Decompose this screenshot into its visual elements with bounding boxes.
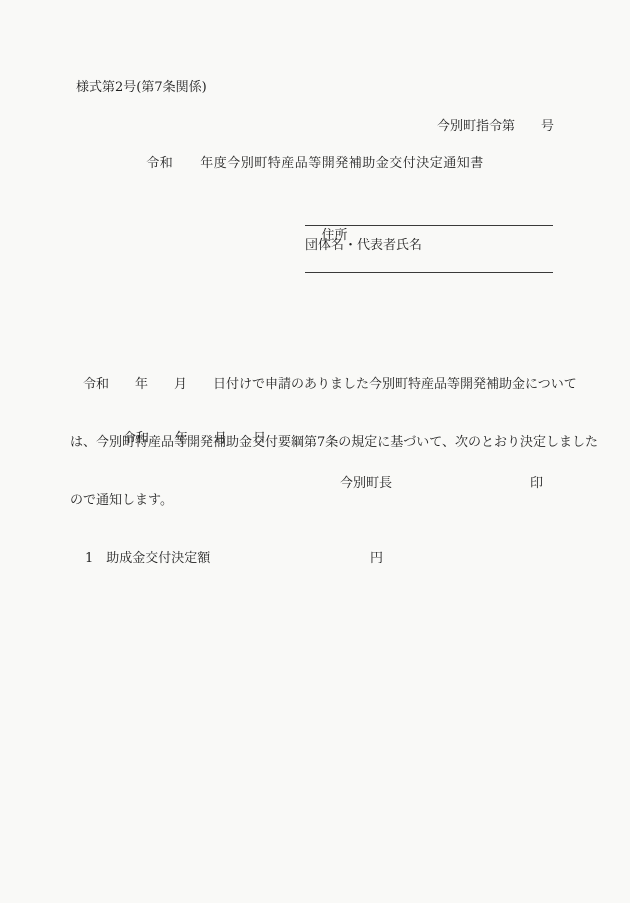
mayor-name-label: 今別町長 [340, 475, 392, 494]
grant-amount-item-label: 1 助成金交付決定額 [85, 550, 210, 569]
organization-fill-in-line [305, 272, 553, 273]
body-line-1: 令和 年 月 日付けで申請のありました今別町特産品等開発補助金について [70, 375, 570, 396]
issue-date-line: 令和 年 月 日 [123, 430, 266, 449]
directive-number-line: 今別町指令第 号 [437, 118, 554, 137]
grant-amount-unit-label: 円 [370, 550, 383, 569]
document-title: 令和 年度今別町特産品等開発補助金交付決定通知書 [0, 155, 630, 174]
address-field: 住所 [305, 208, 553, 226]
organization-label: 団体名・代表者氏名 [305, 237, 422, 256]
document-page: 様式第2号(第7条関係) 今別町指令第 号 令和 年度今別町特産品等開発補助金交… [0, 0, 630, 903]
body-line-3: ので通知します。 [70, 491, 570, 512]
form-number-label: 様式第2号(第7条関係) [76, 79, 207, 98]
seal-placeholder-label: 印 [530, 475, 543, 494]
